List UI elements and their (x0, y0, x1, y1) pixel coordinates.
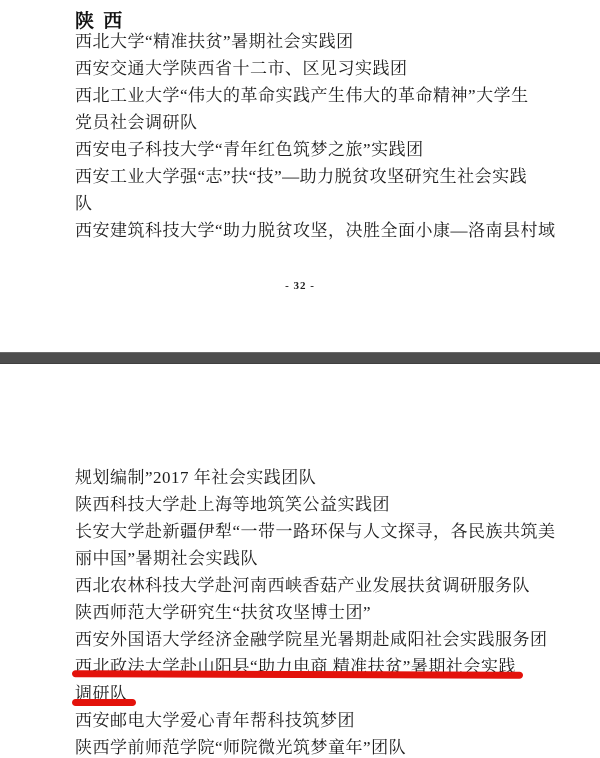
text-line: 长安大学赴新疆伊犁“一带一路环保与人文探寻，各民族共筑美 (75, 518, 535, 545)
red-underline-annotation (72, 699, 136, 706)
text-line: 西安交通大学陕西省十二市、区见习实践团 (75, 55, 530, 82)
text-line: 规划编制”2017 年社会实践团队 (75, 464, 535, 491)
text-line: 西安建筑科技大学“助力脱贫攻坚，决胜全面小康—洛南县村域 (75, 217, 530, 244)
text-line: 党员社会调研队 (75, 109, 530, 136)
text-line: 西北农林科技大学赴河南西峡香菇产业发展扶贫调研服务队 (75, 572, 535, 599)
page1-text-block: 西北大学“精准扶贫”暑期社会实践团 西安交通大学陕西省十二市、区见习实践团 西北… (75, 28, 530, 244)
text-line: 队 (75, 190, 530, 217)
page-number: - 32 - (0, 280, 600, 292)
text-line: 陕西师范大学研究生“扶贫攻坚博士团” (75, 599, 535, 626)
scanned-page-2: 规划编制”2017 年社会实践团队 陕西科技大学赴上海等地筑笑公益实践团 长安大… (0, 364, 600, 758)
text-line: 西安电子科技大学“青年红色筑梦之旅”实践团 (75, 136, 530, 163)
text-line-highlighted: 调研队 (75, 680, 535, 707)
text-line: 丽中国”暑期社会实践队 (75, 545, 535, 572)
text-line: 陕西学前师范学院“师院微光筑梦童年”团队 (75, 734, 535, 758)
page2-text-block: 规划编制”2017 年社会实践团队 陕西科技大学赴上海等地筑笑公益实践团 长安大… (75, 464, 535, 758)
text-line: 西安工业大学强“志”扶“技”—助力脱贫攻坚研究生社会实践 (75, 163, 530, 190)
page-break-separator (0, 352, 600, 364)
text-line: 西北工业大学“伟大的革命实践产生伟大的革命精神”大学生 (75, 82, 530, 109)
scanned-page-1: 陕 西 西北大学“精准扶贫”暑期社会实践团 西安交通大学陕西省十二市、区见习实践… (0, 0, 600, 352)
text-line: 西北大学“精准扶贫”暑期社会实践团 (75, 28, 530, 55)
text-line: 西安邮电大学爱心青年帮科技筑梦团 (75, 707, 535, 734)
document-viewer: 陕 西 西北大学“精准扶贫”暑期社会实践团 西安交通大学陕西省十二市、区见习实践… (0, 0, 600, 758)
text-line: 陕西科技大学赴上海等地筑笑公益实践团 (75, 491, 535, 518)
text-line: 西安外国语大学经济金融学院星光暑期赴咸阳社会实践服务团 (75, 626, 535, 653)
